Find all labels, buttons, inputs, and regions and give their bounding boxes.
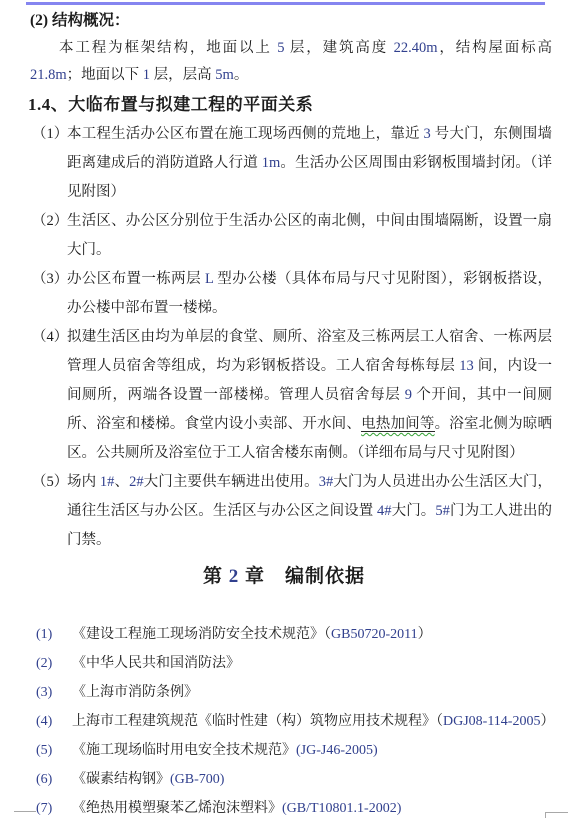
list-item: （2）生活区、办公区分别位于生活办公区的南北侧，中间由围墙隔断，设置一扇大门。	[0, 207, 552, 265]
reference-text: 《绝热用模塑聚苯乙烯泡沫塑料》(GB/T10801.1-2002)	[72, 801, 401, 816]
reference-item: (5)《施工现场临时用电安全技术规范》(JG-J46-2005)	[0, 736, 568, 765]
reference-marker: (3)	[36, 678, 52, 707]
list-item-text: 本工程生活办公区布置在施工现场西侧的荒地上，靠近 3 号大门，东侧围墙距离建成后…	[67, 126, 552, 200]
structure-overview-heading: (2) 结构概况：	[30, 9, 568, 32]
chapter-2-title: 第 2 章 编制依据	[0, 563, 568, 590]
reference-text: 《中华人民共和国消防法》	[72, 656, 240, 671]
reference-marker: (4)	[36, 707, 52, 736]
list-item-text: 拟建生活区由均为单层的食堂、厕所、浴室及三栋两层工人宿舍、一栋两层管理人员宿舍等…	[67, 329, 552, 461]
page-margin-mark-bottom-left	[14, 811, 36, 817]
reference-text: 《碳素结构钢》(GB-700)	[72, 772, 224, 787]
list-marker: （4）	[32, 323, 68, 352]
reference-list: (1)《建设工程施工现场消防安全技术规范》（GB50720-2011） (2)《…	[0, 620, 568, 820]
list-item: （4）拟建生活区由均为单层的食堂、厕所、浴室及三栋两层工人宿舍、一栋两层管理人员…	[0, 323, 552, 468]
top-horizontal-rule	[26, 2, 545, 5]
list-item-text: 生活区、办公区分别位于生活办公区的南北侧，中间由围墙隔断，设置一扇大门。	[67, 213, 552, 258]
document-page: (2) 结构概况： 本工程为框架结构，地面以上 5 层，建筑高度 22.40m，…	[0, 9, 568, 820]
reference-item: (6)《碳素结构钢》(GB-700)	[0, 765, 568, 794]
list-item-text: 场内 1#、2#大门主要供车辆进出使用。3#大门为人员进出办公生活区大门，通往生…	[67, 474, 552, 548]
reference-marker: (7)	[36, 794, 52, 820]
reference-text: 上海市工程建筑规范《临时性建（构）筑物应用技术规程》（DGJ08-114-200…	[72, 714, 554, 729]
reference-item: (4)上海市工程建筑规范《临时性建（构）筑物应用技术规程》（DGJ08-114-…	[0, 707, 568, 736]
list-item: （1）本工程生活办公区布置在施工现场西侧的荒地上，靠近 3 号大门，东侧围墙距离…	[0, 120, 552, 207]
reference-text: 《施工现场临时用电安全技术规范》(JG-J46-2005)	[72, 743, 378, 758]
list-marker: （2）	[32, 207, 68, 236]
reference-marker: (5)	[36, 736, 52, 765]
reference-marker: (2)	[36, 649, 52, 678]
structure-overview-paragraph: 本工程为框架结构，地面以上 5 层，建筑高度 22.40m，结构屋面标高 21.…	[30, 35, 552, 89]
reference-text: 《建设工程施工现场消防安全技术规范》（GB50720-2011）	[72, 627, 432, 642]
list-item: （3）办公区布置一栋两层 L 型办公楼（具体布局与尺寸见附图），彩钢板搭设，办公…	[0, 265, 552, 323]
page-margin-mark-bottom-right	[545, 812, 568, 818]
reference-item: (7)《绝热用模塑聚苯乙烯泡沫塑料》(GB/T10801.1-2002)	[0, 794, 568, 820]
list-marker: （5）	[32, 468, 68, 497]
reference-item: (2)《中华人民共和国消防法》	[0, 649, 568, 678]
reference-marker: (6)	[36, 765, 52, 794]
reference-item: (1)《建设工程施工现场消防安全技术规范》（GB50720-2011）	[0, 620, 568, 649]
list-item: （5）场内 1#、2#大门主要供车辆进出使用。3#大门为人员进出办公生活区大门，…	[0, 468, 552, 555]
reference-text: 《上海市消防条例》	[72, 685, 198, 700]
list-marker: （3）	[32, 265, 68, 294]
section-1-4-heading: 1.4、大临布置与拟建工程的平面关系	[28, 92, 568, 118]
list-marker: （1）	[32, 120, 68, 149]
list-item-text: 办公区布置一栋两层 L 型办公楼（具体布局与尺寸见附图），彩钢板搭设，办公楼中部…	[67, 271, 552, 316]
layout-relationship-list: （1）本工程生活办公区布置在施工现场西侧的荒地上，靠近 3 号大门，东侧围墙距离…	[0, 120, 568, 555]
reference-item: (3)《上海市消防条例》	[0, 678, 568, 707]
reference-marker: (1)	[36, 620, 52, 649]
